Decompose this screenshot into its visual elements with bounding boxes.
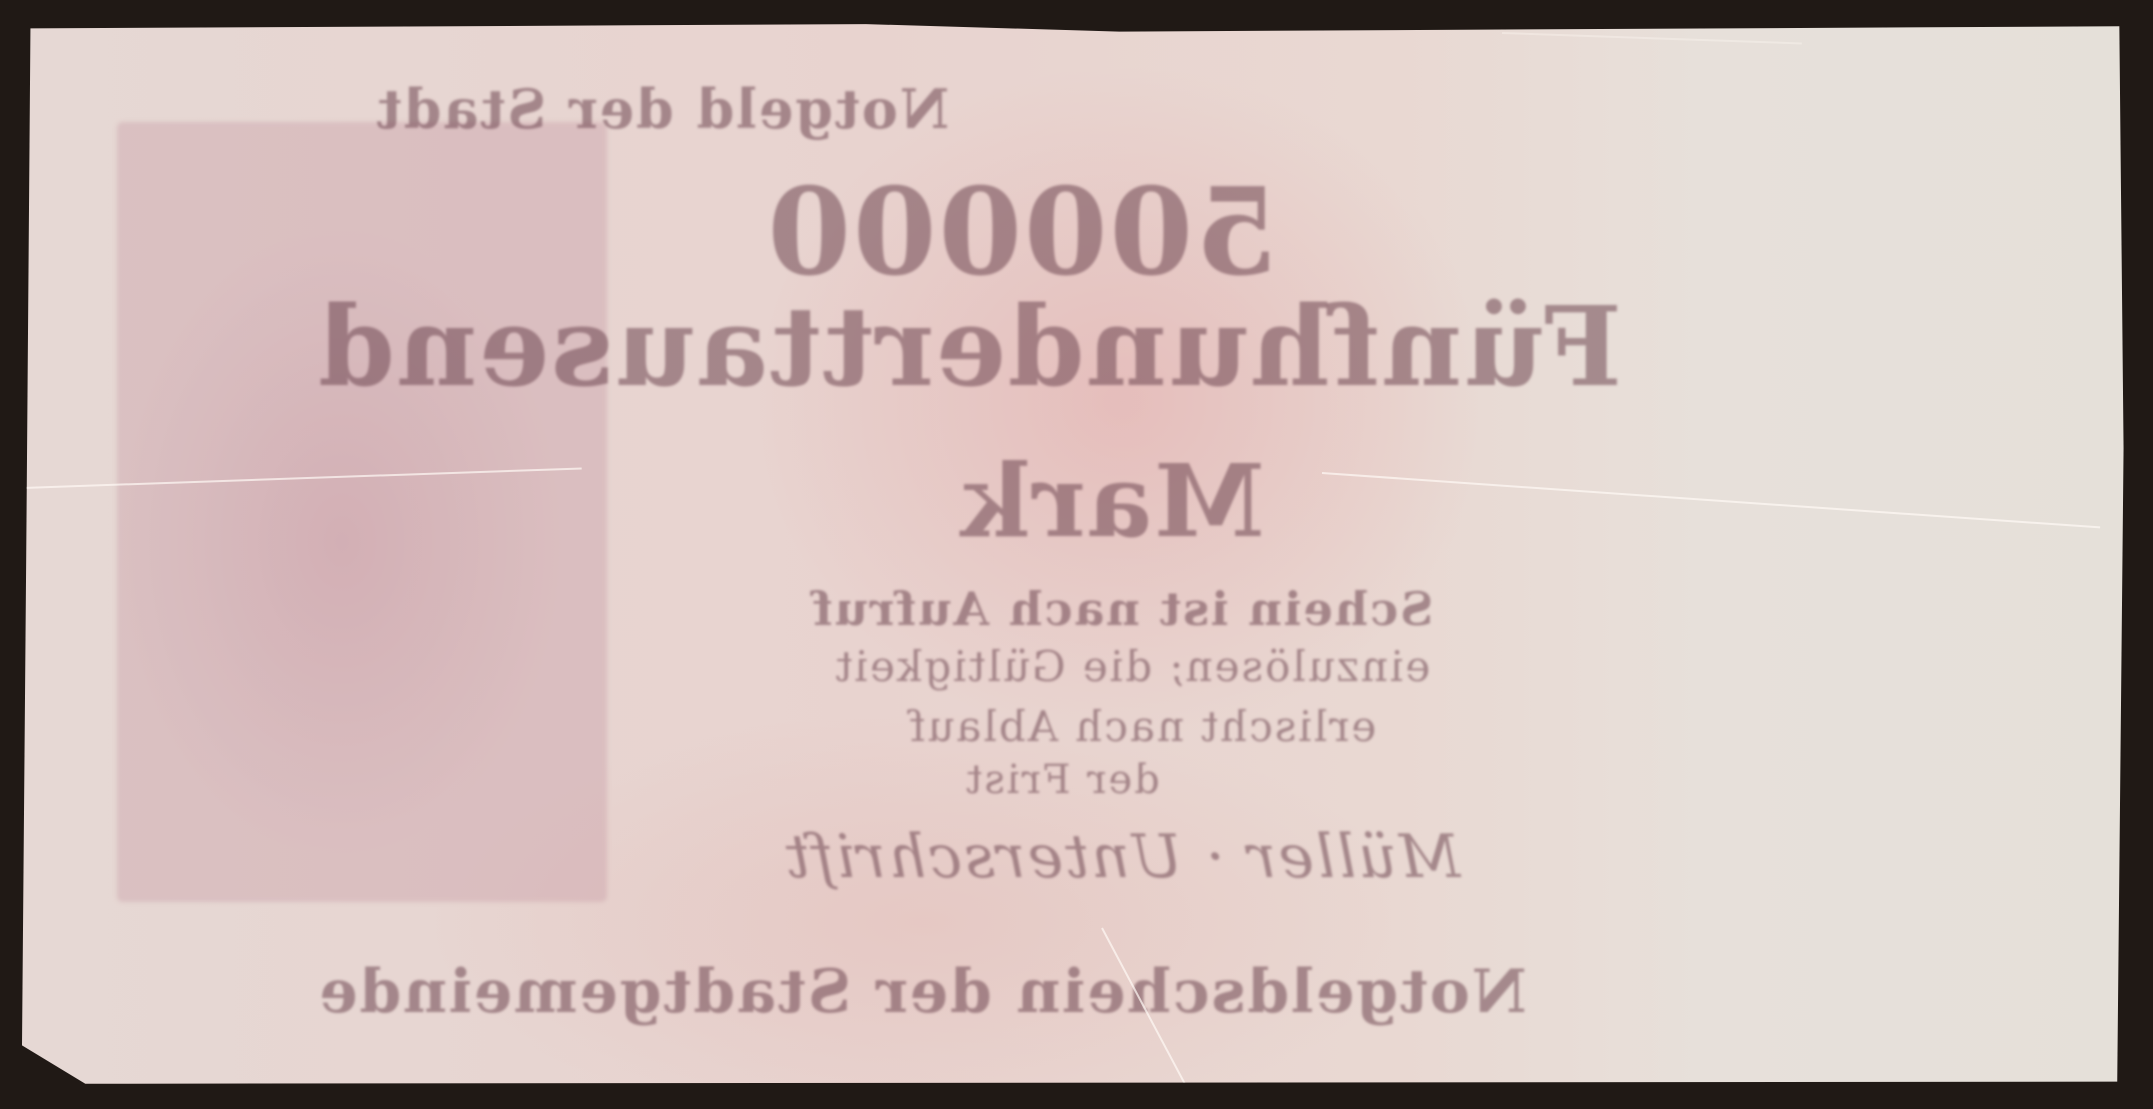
left-vignette-panel [117, 122, 607, 902]
crease [1502, 32, 1802, 44]
body-text-3: erlischt nach Ablauf [712, 702, 1572, 751]
body-text-2: einzulösen; die Gültigkeit [642, 642, 1622, 691]
body-text-1: Schein ist nach Aufruf [622, 582, 1622, 636]
top-inscription: Notgeld der Stadt [112, 77, 1212, 141]
crease [1322, 472, 2100, 528]
body-text-4: der Frist [812, 757, 1312, 803]
banknote-reverse: Notgeld der Stadt 500000 Fünfhunderttaus… [22, 22, 2132, 1088]
signatures: Müller · Unterschrift [622, 822, 1622, 892]
bottom-inscription: Notgeldschein der Stadtgemeinde [172, 957, 1672, 1027]
value-words: Fünfhunderttausend [622, 282, 1622, 411]
currency-word: Mark [902, 442, 1322, 560]
